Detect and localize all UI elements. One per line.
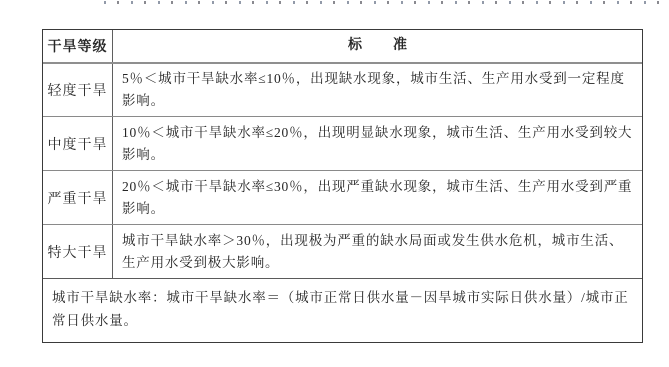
table-row: 轻度干旱 5％＜城市干旱缺水率≤10％，出现缺水现象，城市生活、生产用水受到一定…: [43, 62, 642, 116]
grade-cell: 中度干旱: [43, 117, 113, 170]
table-row: 特大干旱 城市干旱缺水率＞30％，出现极为严重的缺水局面或发生供水危机，城市生活…: [43, 224, 642, 278]
cropped-text-artifact: [104, 1, 664, 4]
standard-cell: 5％＜城市干旱缺水率≤10％，出现缺水现象，城市生活、生产用水受到一定程度影响。: [113, 64, 642, 116]
scanned-document-page: 干旱等级 标 准 轻度干旱 5％＜城市干旱缺水率≤10％，出现缺水现象，城市生活…: [0, 0, 669, 367]
standard-cell: 城市干旱缺水率＞30％，出现极为严重的缺水局面或发生供水危机，城市生活、生产用水…: [113, 225, 642, 278]
table-footnote-row: 城市干旱缺水率：城市干旱缺水率＝（城市正常日供水量－因旱城市实际日供水量）/城市…: [43, 278, 642, 342]
grade-cell: 轻度干旱: [43, 64, 113, 116]
standard-cell: 10％＜城市干旱缺水率≤20％，出现明显缺水现象，城市生活、生产用水受到较大影响…: [113, 117, 642, 170]
footnote-cell: 城市干旱缺水率：城市干旱缺水率＝（城市正常日供水量－因旱城市实际日供水量）/城市…: [43, 279, 642, 342]
table-header-row: 干旱等级 标 准: [43, 30, 642, 62]
grade-cell: 特大干旱: [43, 225, 113, 278]
drought-grade-table: 干旱等级 标 准 轻度干旱 5％＜城市干旱缺水率≤10％，出现缺水现象，城市生活…: [42, 29, 643, 343]
grade-cell: 严重干旱: [43, 171, 113, 224]
header-cell-standard: 标 准: [113, 30, 642, 62]
table-row: 中度干旱 10％＜城市干旱缺水率≤20％，出现明显缺水现象，城市生活、生产用水受…: [43, 116, 642, 170]
table-row: 严重干旱 20％＜城市干旱缺水率≤30％，出现严重缺水现象，城市生活、生产用水受…: [43, 170, 642, 224]
header-cell-grade: 干旱等级: [43, 30, 113, 62]
standard-cell: 20％＜城市干旱缺水率≤30％，出现严重缺水现象，城市生活、生产用水受到严重影响…: [113, 171, 642, 224]
